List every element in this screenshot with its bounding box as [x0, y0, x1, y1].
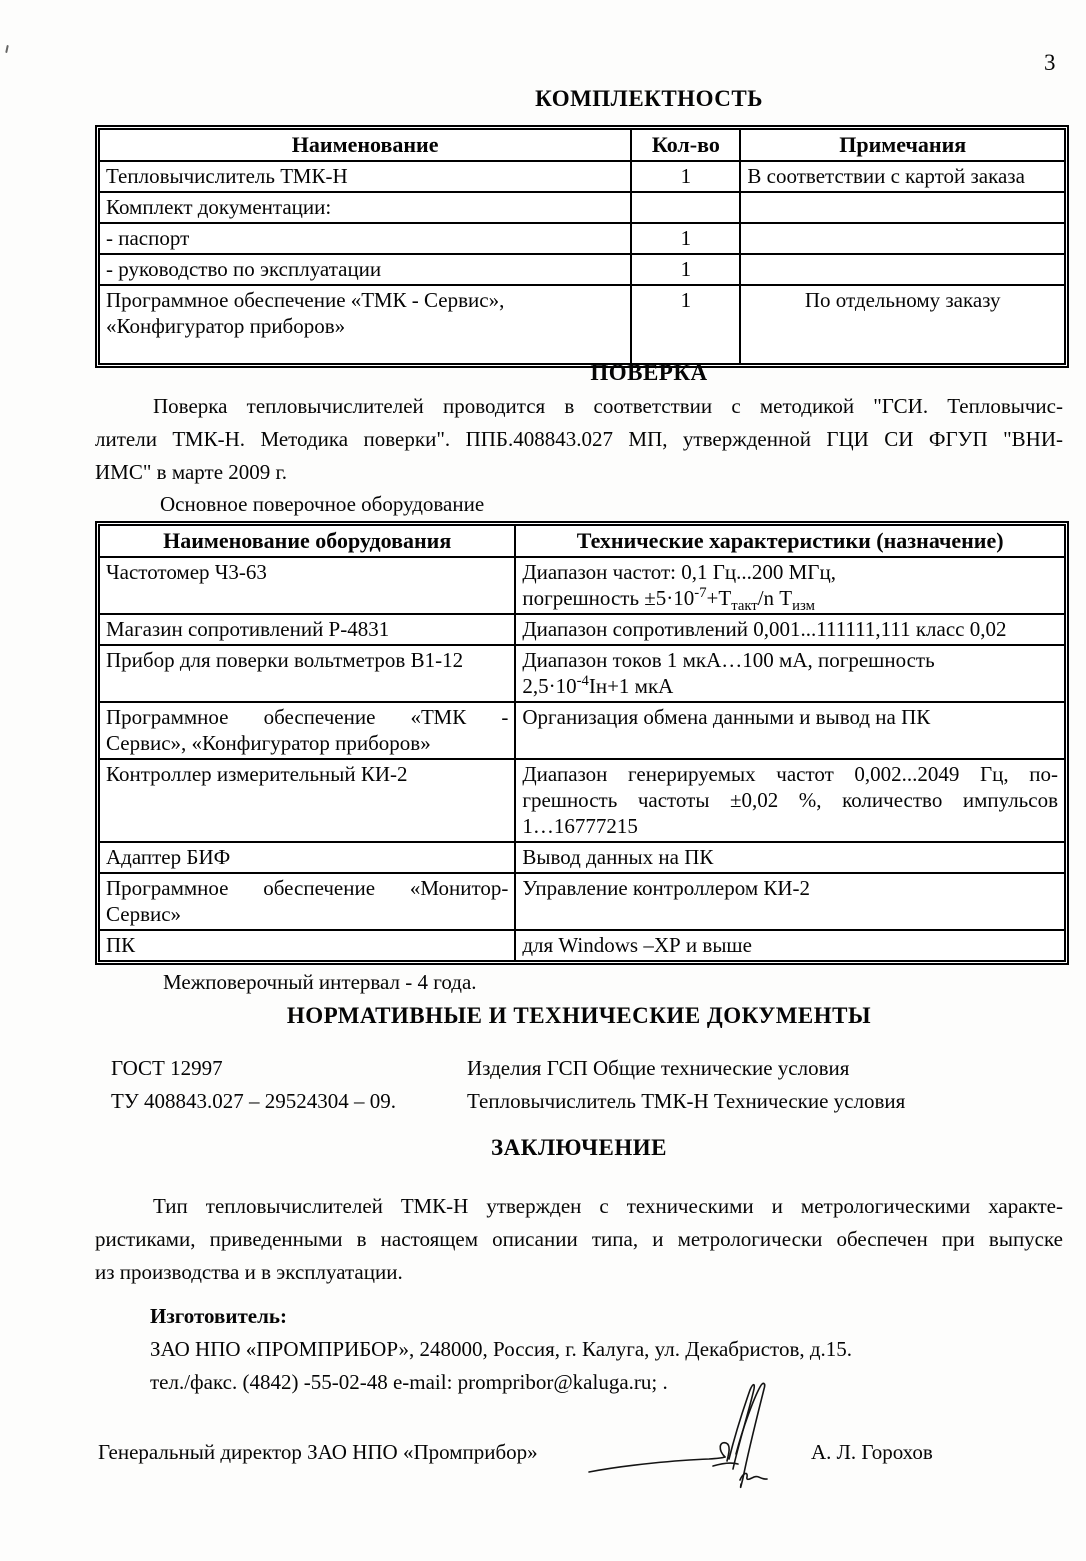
manufacturer-address: ЗАО НПО «ПРОМПРИБОР», 248000, Россия, г.…	[95, 1333, 1063, 1366]
formula-text: /n Т	[758, 586, 792, 610]
equipment-name: Прибор для поверки вольтметров В1-12	[99, 645, 515, 702]
paragraph-line: ристиками, приведенными в настоящем опис…	[95, 1223, 1063, 1256]
col-header-characteristics: Технические характеристики (назначение)	[515, 525, 1065, 557]
item-name: - паспорт	[99, 223, 631, 254]
item-note	[740, 223, 1065, 254]
item-qty	[631, 192, 740, 223]
table-row: Программное обеспечение «ТМК - Сервис», …	[99, 702, 1065, 759]
item-qty: 1	[631, 285, 740, 364]
formula-exponent: -4	[577, 673, 589, 689]
item-note: По отдельному заказу	[740, 285, 1065, 364]
formula-text: +Т	[707, 586, 732, 610]
cell-line: погрешность ±5·10-7+Ттакт/n Тизм	[522, 585, 1058, 611]
item-note: В соответствии с картой заказа	[740, 161, 1065, 192]
poverka-paragraph: Поверка тепловычислителей проводится в с…	[95, 390, 1063, 489]
equipment-characteristics: Управление контроллером КИ-2	[515, 873, 1065, 930]
equipment-header-row: Наименование оборудования Технические ха…	[99, 525, 1065, 557]
equipment-name: ПК	[99, 930, 515, 961]
interval-note: Межповерочный интервал - 4 года.	[95, 966, 1086, 999]
paragraph-line: из производства и в эксплуатации.	[95, 1256, 1063, 1289]
col-header-name: Наименование	[99, 129, 631, 161]
completeness-table-wrapper: Наименование Кол-во Примечания Тепловычи…	[95, 125, 1069, 368]
paragraph-line: Поверка тепловычислителей проводится в с…	[95, 390, 1063, 423]
equipment-characteristics: Диапазон токов 1 мкА…100 мА, погрешность…	[515, 645, 1065, 702]
cell-line: грешность частоты ±0,02 %, количество им…	[522, 787, 1058, 813]
item-note	[740, 254, 1065, 285]
completeness-header-row: Наименование Кол-во Примечания	[99, 129, 1065, 161]
col-header-notes: Примечания	[740, 129, 1065, 161]
equipment-characteristics: Организация обмена данными и вывод на ПК	[515, 702, 1065, 759]
col-header-equipment-name: Наименование оборудования	[99, 525, 515, 557]
section-title-conclusion: ЗАКЛЮЧЕНИЕ	[95, 1135, 1063, 1161]
formula-exponent: -7	[694, 585, 706, 601]
document-row: ГОСТ 12997 Изделия ГСП Общие технические…	[95, 1052, 1063, 1085]
equipment-characteristics: Диапазон частот: 0,1 Гц...200 МГц, погре…	[515, 557, 1065, 614]
cell-line: 2,5·10-4Iн+1 мкА	[522, 673, 1058, 699]
formula-text: 2,5·10	[522, 674, 576, 698]
cell-line: Диапазон генерируемых частот 0,002...204…	[522, 761, 1058, 787]
cell-line: Сервис», «Конфигуратор приборов»	[106, 730, 508, 756]
section-title-documents: НОРМАТИВНЫЕ И ТЕХНИЧЕСКИЕ ДОКУМЕНТЫ	[95, 1003, 1063, 1029]
scan-artifact	[5, 45, 9, 53]
item-name: - руководство по эксплуатации	[99, 254, 631, 285]
item-qty: 1	[631, 254, 740, 285]
equipment-characteristics: Диапазон сопротивлений 0,001...111111,11…	[515, 614, 1065, 645]
table-row: Частотомер Ч3-63 Диапазон частот: 0,1 Гц…	[99, 557, 1065, 614]
table-row: Программное обеспечение «ТМК - Сервис», …	[99, 285, 1065, 364]
equipment-name: Адаптер БИФ	[99, 842, 515, 873]
table-row: Магазин сопротивлений Р-4831 Диапазон со…	[99, 614, 1065, 645]
manufacturer-label: Изготовитель:	[95, 1300, 1063, 1333]
paragraph-line: лители ТМК-Н. Методика поверки". ППБ.408…	[95, 423, 1063, 456]
paragraph-line: ИМС" в марте 2009 г.	[95, 456, 1063, 489]
table-row: Адаптер БИФ Вывод данных на ПК	[99, 842, 1065, 873]
item-name: Тепловычислитель ТМК-Н	[99, 161, 631, 192]
cell-line: Программное обеспечение «ТМК -	[106, 704, 508, 730]
cell-line: Диапазон токов 1 мкА…100 мА, погрешность	[522, 647, 1058, 673]
equipment-table: Наименование оборудования Технические ха…	[98, 524, 1066, 962]
paragraph-line: Тип тепловычислителей ТМК-Н утвержден с …	[95, 1190, 1063, 1223]
item-note	[740, 192, 1065, 223]
documents-list: ГОСТ 12997 Изделия ГСП Общие технические…	[95, 1052, 1063, 1118]
item-qty: 1	[631, 223, 740, 254]
equipment-name: Контроллер измерительный КИ-2	[99, 759, 515, 842]
section-title-komplektnost: КОМПЛЕКТНОСТЬ	[95, 86, 1086, 112]
cell-line: Сервис»	[106, 901, 508, 927]
col-header-qty: Кол-во	[631, 129, 740, 161]
cell-line: Диапазон частот: 0,1 Гц...200 МГц,	[522, 559, 1058, 585]
table-row: Прибор для поверки вольтметров В1-12 Диа…	[99, 645, 1065, 702]
document-description: Тепловычислитель ТМК-Н Технические услов…	[467, 1085, 905, 1118]
equipment-name: Программное обеспечение «ТМК - Сервис», …	[99, 702, 515, 759]
equipment-characteristics: для Windows –ХР и выше	[515, 930, 1065, 961]
equipment-characteristics: Вывод данных на ПК	[515, 842, 1065, 873]
equipment-table-wrapper: Наименование оборудования Технические ха…	[95, 521, 1069, 965]
signatory-title: Генеральный директор ЗАО НПО «Промприбор…	[98, 1436, 538, 1469]
handwritten-signature	[583, 1380, 773, 1498]
table-row: Тепловычислитель ТМК-Н 1 В соответствии …	[99, 161, 1065, 192]
section-title-poverka: ПОВЕРКА	[95, 360, 1086, 386]
table-row: ПК для Windows –ХР и выше	[99, 930, 1065, 961]
signature-block: Генеральный директор ЗАО НПО «Промприбор…	[95, 1378, 1063, 1538]
conclusion-paragraph: Тип тепловычислителей ТМК-Н утвержден с …	[95, 1190, 1063, 1289]
item-qty: 1	[631, 161, 740, 192]
formula-text: Iн+1 мкА	[589, 674, 673, 698]
document-description: Изделия ГСП Общие технические условия	[467, 1052, 849, 1085]
document-code: ГОСТ 12997	[111, 1052, 223, 1085]
completeness-table: Наименование Кол-во Примечания Тепловычи…	[98, 128, 1066, 365]
cell-line: Программное обеспечение «Монитор-	[106, 875, 508, 901]
equipment-characteristics: Диапазон генерируемых частот 0,002...204…	[515, 759, 1065, 842]
table-row: Комплект документации:	[99, 192, 1065, 223]
item-name: Программное обеспечение «ТМК - Сервис», …	[99, 285, 631, 364]
document-row: ТУ 408843.027 – 29524304 – 09. Тепловычи…	[95, 1085, 1063, 1118]
document-code: ТУ 408843.027 – 29524304 – 09.	[111, 1085, 396, 1118]
signatory-name: А. Л. Горохов	[811, 1436, 933, 1469]
page-number: 3	[1044, 50, 1056, 76]
formula-subscript: такт	[731, 598, 757, 614]
equipment-table-caption: Основное поверочное оборудование	[95, 488, 1086, 521]
table-row: Контроллер измерительный КИ-2 Диапазон г…	[99, 759, 1065, 842]
formula-text: погрешность ±5·10	[522, 586, 694, 610]
cell-line: 1…16777215	[522, 813, 1058, 839]
equipment-name: Частотомер Ч3-63	[99, 557, 515, 614]
scanned-document-page: 3 КОМПЛЕКТНОСТЬ Наименование Кол-во Прим…	[0, 0, 1086, 1561]
equipment-name: Магазин сопротивлений Р-4831	[99, 614, 515, 645]
table-row: Программное обеспечение «Монитор- Сервис…	[99, 873, 1065, 930]
equipment-name: Программное обеспечение «Монитор- Сервис…	[99, 873, 515, 930]
formula-subscript: изм	[792, 598, 815, 614]
item-name: Комплект документации:	[99, 192, 631, 223]
table-row: - паспорт 1	[99, 223, 1065, 254]
table-row: - руководство по эксплуатации 1	[99, 254, 1065, 285]
